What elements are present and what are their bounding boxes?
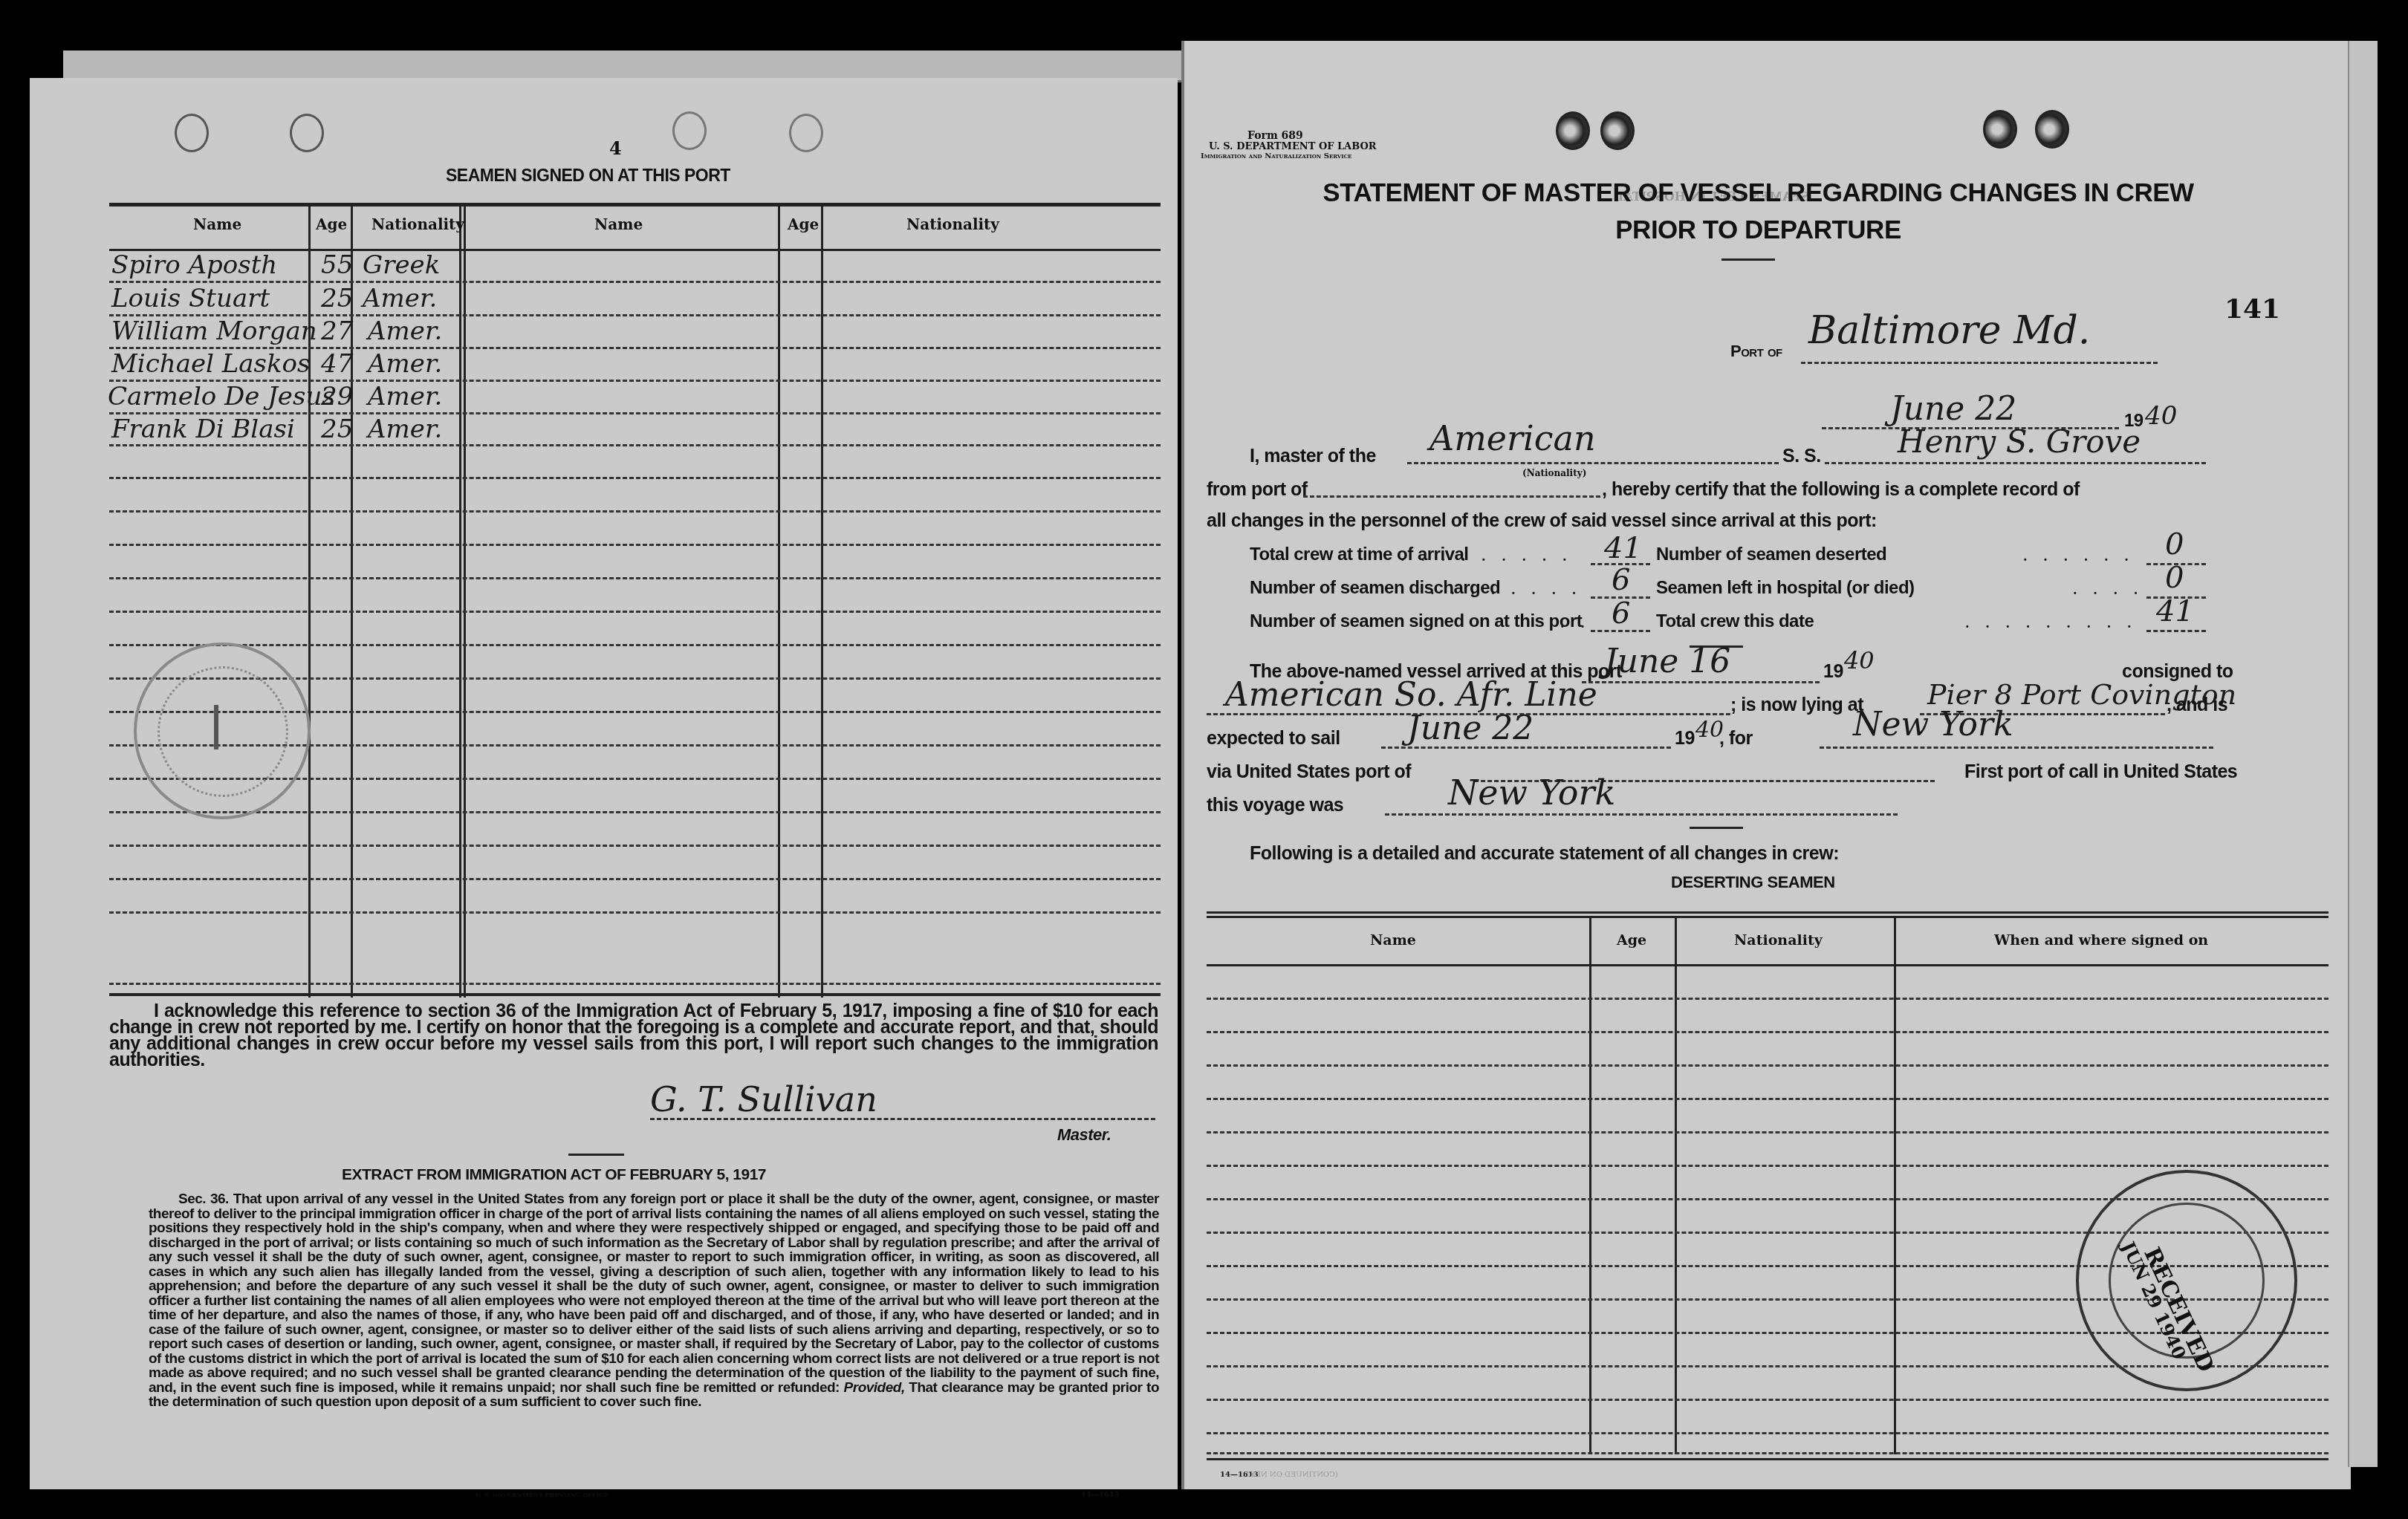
- expected-label: expected to sail: [1207, 728, 1340, 749]
- ship-name: Henry S. Grove: [1898, 423, 2141, 460]
- for-label: , for: [1719, 728, 1753, 749]
- column-header-nationality-2: Nationality: [906, 215, 999, 233]
- printer-imprint: U. S. GOVERNMENT PRINTING OFFICE: [476, 1491, 609, 1498]
- seaman-name: Michael Laskos: [111, 349, 311, 379]
- expected-year-prefix: 19: [1675, 728, 1695, 749]
- form-title-line1: STATEMENT OF MASTER OF VESSEL REGARDING …: [1266, 178, 2250, 208]
- following-text: Following is a detailed and accurate sta…: [1250, 843, 1839, 865]
- extract-section-label: Sec. 36.: [178, 1191, 229, 1207]
- arrived-year: 40: [1844, 646, 1875, 674]
- seaman-age: 27: [321, 316, 353, 346]
- service-name: Immigration and Naturalization Service: [1201, 152, 1351, 160]
- column-header-name: Name: [1370, 932, 1416, 949]
- column-header-age-2: Age: [788, 215, 819, 233]
- consignee-value: American So. Afr. Line: [1225, 676, 1597, 714]
- column-header-name-2: Name: [594, 215, 643, 233]
- ss-label: S. S.: [1782, 446, 1821, 467]
- punch-hole-icon: [290, 114, 324, 152]
- seaman-nationality: Amer.: [368, 316, 442, 346]
- and-is-label: , and is: [2167, 695, 2227, 716]
- leader-dots: . .: [1560, 611, 1590, 632]
- certify-text-continued: all changes in the personnel of the crew…: [1207, 510, 1877, 532]
- master-of-label: I, master of the: [1250, 446, 1376, 467]
- column-header-name: Name: [193, 215, 241, 233]
- leader-dots: . . . . . . . . .: [1964, 611, 2137, 632]
- destination-value: New York: [1853, 706, 2013, 744]
- seaman-age: 47: [321, 349, 353, 379]
- port-label: Port of: [1730, 342, 1782, 361]
- via-label: via United States port of: [1207, 761, 1411, 783]
- punch-hole-icon: [1556, 111, 1590, 150]
- official-seal-stamp: [134, 643, 311, 819]
- right-page: SEAMEN LEFT IN HOSPITAL Form 689 U. S. D…: [1181, 41, 2351, 1489]
- seaman-nationality: Amer.: [368, 382, 442, 412]
- port-value: Baltimore Md.: [1808, 308, 2090, 353]
- arrived-year-prefix: 19: [1823, 661, 1843, 683]
- report-date: June 22: [1890, 390, 2016, 428]
- column-header-when-where: When and where signed on: [1994, 932, 2208, 949]
- left-page: 4 SEAMEN SIGNED ON AT THIS PORT Name Age…: [30, 78, 1178, 1489]
- department-name: U. S. DEPARTMENT OF LABOR: [1209, 141, 1377, 152]
- column-header-nationality: Nationality: [1734, 932, 1823, 949]
- first-port-label: First port of call in United States: [1964, 761, 2237, 783]
- column-header-age: Age: [316, 215, 347, 233]
- seaman-name: Spiro Aposth: [111, 250, 277, 280]
- extract-body: Sec. 36. That upon arrival of any vessel…: [149, 1192, 1159, 1410]
- punch-hole-icon: [789, 114, 823, 152]
- stat-value: 0: [2165, 561, 2184, 595]
- form-title-line2: PRIOR TO DEPARTURE: [1266, 215, 2250, 245]
- seaman-nationality: Amer.: [368, 349, 442, 379]
- stat-label: Seamen left in hospital (or died): [1656, 578, 1915, 599]
- from-port-field: [1303, 475, 1600, 496]
- seaman-nationality: Greek: [363, 250, 440, 280]
- first-port-value: New York: [1448, 772, 1615, 813]
- underlying-page-edge: [2348, 41, 2378, 1467]
- stat-value: 0: [2165, 527, 2184, 562]
- expected-date: June 22: [1407, 709, 1534, 747]
- report-year: 40: [2145, 401, 2177, 431]
- certify-text: , hereby certify that the following is a…: [1602, 479, 2080, 501]
- seaman-nationality: Amer.: [363, 284, 437, 313]
- voyage-label: this voyage was: [1207, 795, 1343, 816]
- seaman-age: 29: [321, 382, 353, 412]
- punch-hole-icon: [672, 111, 707, 150]
- arrived-date: June 16: [1604, 643, 1730, 680]
- extract-body-text: That upon arrival of any vessel in the U…: [149, 1191, 1159, 1396]
- signature-label: Master.: [1057, 1125, 1111, 1145]
- punch-hole-icon: [175, 114, 209, 152]
- lying-label: ; is now lying at: [1730, 695, 1863, 716]
- seaman-nationality: Amer.: [368, 414, 442, 444]
- column-header-nationality: Nationality: [371, 215, 464, 233]
- seaman-age: 25: [321, 414, 353, 444]
- stat-label: Total crew this date: [1656, 611, 1814, 632]
- seaman-age: 25: [321, 284, 353, 313]
- stat-value: 41: [2156, 594, 2194, 628]
- document-number: 141: [2224, 293, 2280, 325]
- column-header-age: Age: [1617, 932, 1646, 949]
- punch-hole-icon: [1600, 111, 1635, 150]
- leader-dots: . . . . . . . . .: [1400, 544, 1572, 565]
- nationality-value: American: [1429, 418, 1596, 458]
- punch-hole-icon: [1983, 110, 2017, 149]
- acknowledgement-text: I acknowledge this reference to section …: [109, 1003, 1158, 1068]
- stat-label: Number of seamen deserted: [1656, 544, 1886, 565]
- stat-value: 6: [1612, 596, 1630, 631]
- section-title: SEAMEN SIGNED ON AT THIS PORT: [446, 166, 730, 186]
- punch-hole-icon: [2035, 110, 2069, 149]
- stat-value: 6: [1612, 563, 1630, 597]
- extract-provided: Provided,: [844, 1380, 905, 1396]
- stat-value: 41: [1604, 531, 1642, 565]
- deserting-title: DESERTING SEAMEN: [1671, 873, 1835, 892]
- received-date-stamp: RECEIVED JUN 29 1940: [2076, 1170, 2297, 1391]
- page-number: 4: [609, 137, 622, 159]
- bleed-through-continued: (CONTINUED ON NEXT): [1242, 1471, 1338, 1479]
- left-form-code: 14—1613: [1081, 1491, 1120, 1499]
- seaman-name: Frank Di Blasi: [111, 414, 295, 444]
- seaman-name: Carmelo De Jesus: [108, 382, 335, 412]
- leader-dots: . . . . . . . .: [1429, 578, 1581, 599]
- leader-dots: . . . .: [2072, 578, 2143, 599]
- extract-title: EXTRACT FROM IMMIGRATION ACT OF FEBRUARY…: [342, 1166, 766, 1184]
- form-number: Form 689: [1247, 130, 1303, 142]
- leader-dots: . . . . . .: [2022, 544, 2134, 565]
- seaman-name: Louis Stuart: [111, 284, 270, 313]
- seaman-name: William Morgan: [111, 316, 317, 346]
- seaman-age: 55: [321, 250, 353, 280]
- from-port-label: from port of: [1207, 479, 1308, 501]
- master-signature: G. T. Sullivan: [650, 1079, 877, 1119]
- stat-label: Number of seamen signed on at this port: [1250, 611, 1582, 632]
